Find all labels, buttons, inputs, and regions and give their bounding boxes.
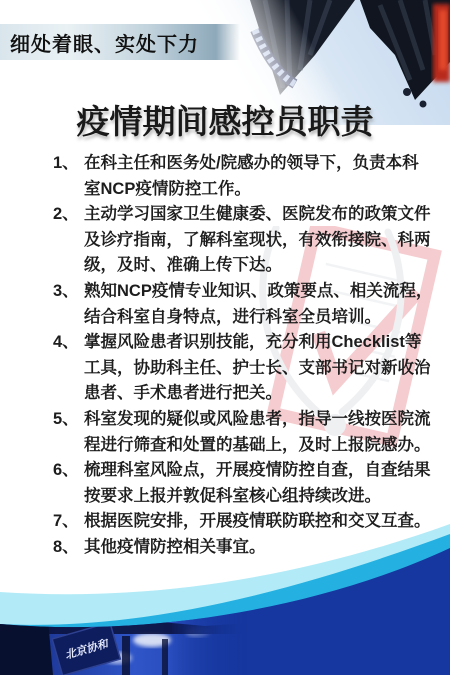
- duty-number: 6、: [53, 458, 84, 484]
- page-title: 疫情期间感控员职责: [0, 96, 450, 143]
- duties-list: 1、 在科主任和医务处/院感办的领导下，负责本科 室NCP疫情防控工作。 2、 …: [53, 151, 435, 561]
- duty-item-5: 5、 科室发现的疑似或风险患者，指导一线按医院流 程进行筛查和处置的基础上，及时…: [53, 407, 435, 458]
- poster-page: 细处着眼、实处下力 疫情期间感控员职责 1、 在科主任和医务处/院感办的领导下，…: [0, 0, 450, 675]
- duty-number: 1、: [53, 151, 84, 177]
- duty-number: 2、: [53, 202, 84, 228]
- duty-text: 掌握风险患者识别技能，充分利用Checklist等 工具，协助科主任、护士长、支…: [84, 330, 435, 407]
- red-column-highlight: [439, 10, 447, 70]
- duty-text: 在科主任和医务处/院感办的领导下，负责本科 室NCP疫情防控工作。: [84, 151, 435, 202]
- duty-item-3: 3、 熟知NCP疫情专业知识、政策要点、相关流程， 结合科室自身特点，进行科室全…: [53, 279, 435, 330]
- duty-number: 3、: [53, 279, 84, 305]
- slogan-text: 细处着眼、实处下力: [0, 28, 199, 57]
- bracket-dot: [403, 88, 411, 96]
- duty-text: 梳理科室风险点，开展疫情防控自查，自查结果 按要求上报并敦促科室核心组持续改进。: [84, 458, 435, 509]
- bottom-wave-decoration: 北京协和: [0, 520, 450, 675]
- duty-number: 5、: [53, 407, 84, 433]
- duty-text: 熟知NCP疫情专业知识、政策要点、相关流程， 结合科室自身特点，进行科室全员培训…: [84, 279, 435, 330]
- duty-text: 主动学习国家卫生健康委、医院发布的政策文件 及诊疗指南，了解科室现状，有效衔接院…: [84, 202, 435, 279]
- duty-text: 科室发现的疑似或风险患者，指导一线按医院流 程进行筛查和处置的基础上，及时上报院…: [84, 407, 435, 458]
- duty-item-4: 4、 掌握风险患者识别技能，充分利用Checklist等 工具，协助科主任、护士…: [53, 330, 435, 407]
- duty-item-1: 1、 在科主任和医务处/院感办的领导下，负责本科 室NCP疫情防控工作。: [53, 151, 435, 202]
- duty-number: 4、: [53, 330, 84, 356]
- slogan-banner: 细处着眼、实处下力: [0, 24, 240, 60]
- duty-item-6: 6、 梳理科室风险点，开展疫情防控自查，自查结果 按要求上报并敦促科室核心组持续…: [53, 458, 435, 509]
- pillar: [162, 639, 168, 675]
- pillar: [122, 636, 130, 675]
- duty-item-2: 2、 主动学习国家卫生健康委、医院发布的政策文件 及诊疗指南，了解科室现状，有效…: [53, 202, 435, 279]
